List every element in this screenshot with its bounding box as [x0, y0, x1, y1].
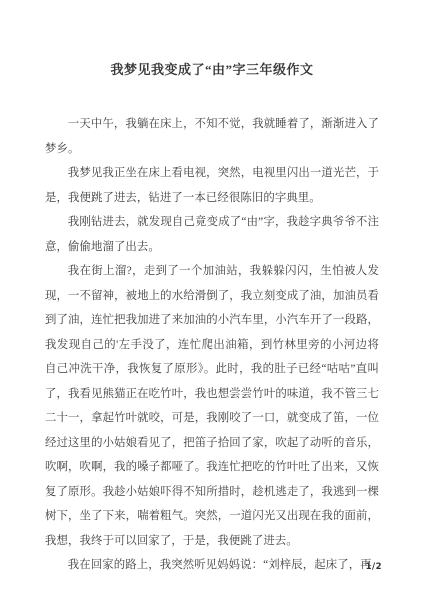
- paragraph: 一天中午，我躺在床上，不知不觉，我就睡着了，渐渐进入了梦乡。: [45, 112, 379, 161]
- paragraph: 我在回家的路上，我突然听见妈妈说：“刘梓辰，起床了，再: [45, 553, 379, 578]
- essay-body: 一天中午，我躺在床上，不知不觉，我就睡着了，渐渐进入了梦乡。 我梦见我正坐在床上…: [45, 112, 379, 578]
- essay-title: 我梦见我变成了“由”字三年级作文: [0, 62, 424, 78]
- paragraph: 我在街上溜?，走到了一个加油站，我躲躲闪闪，生怕被人发现，一不留神，被地上的水给…: [45, 259, 379, 553]
- document-page: 我梦见我变成了“由”字三年级作文 一天中午，我躺在床上，不知不觉，我就睡着了，渐…: [0, 0, 424, 600]
- paragraph: 我梦见我正坐在床上看电视，突然，电视里闪出一道光芒，于是，我便跳了进去，钻进了一…: [45, 161, 379, 210]
- paragraph: 我刚钻进去，就发现自己竟变成了“由”字，我趁字典爷爷不注意，偷偷地溜了出去。: [45, 210, 379, 259]
- page-number: 1/2: [366, 562, 382, 572]
